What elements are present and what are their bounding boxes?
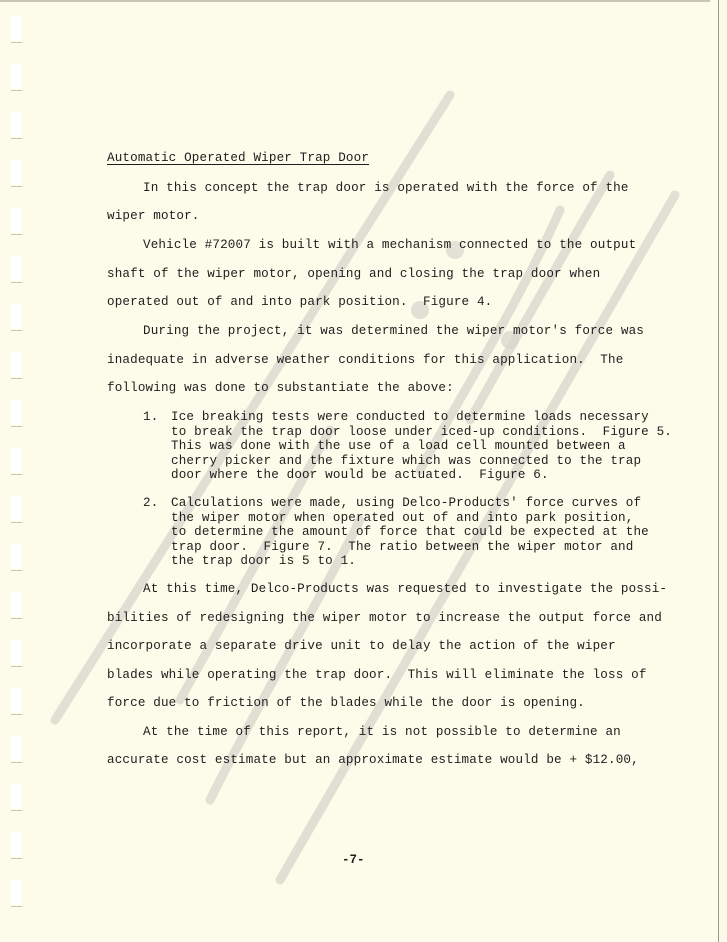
binder-hole bbox=[11, 352, 22, 377]
list-number: 2. bbox=[143, 496, 158, 510]
binder-hole bbox=[11, 736, 22, 761]
binder-hole bbox=[11, 256, 22, 281]
paragraph-line: force due to friction of the blades whil… bbox=[107, 696, 585, 710]
binder-hole bbox=[11, 640, 22, 665]
binder-hole bbox=[11, 496, 22, 521]
paragraph-line: wiper motor. bbox=[107, 209, 200, 223]
paragraph-line: shaft of the wiper motor, opening and cl… bbox=[107, 267, 600, 281]
binder-hole bbox=[11, 592, 22, 617]
binder-holes bbox=[0, 0, 30, 942]
paragraph-line: Vehicle #72007 is built with a mechanism… bbox=[143, 238, 636, 252]
binder-hole bbox=[11, 64, 22, 89]
binder-hole bbox=[11, 112, 22, 137]
binder-hole bbox=[11, 544, 22, 569]
paragraph-line: inadequate in adverse weather conditions… bbox=[107, 353, 623, 367]
paragraph-line: accurate cost estimate but an approximat… bbox=[107, 753, 639, 767]
page-top-edge bbox=[0, 0, 710, 2]
binder-hole bbox=[11, 208, 22, 233]
list-text: Calculations were made, using Delco-Prod… bbox=[171, 496, 671, 569]
binder-hole bbox=[11, 880, 22, 905]
binder-hole bbox=[11, 832, 22, 857]
paragraph-line: bilities of redesigning the wiper motor … bbox=[107, 611, 662, 625]
page-right-edge bbox=[718, 0, 727, 942]
binder-hole bbox=[11, 16, 22, 41]
page-number: -7- bbox=[342, 853, 365, 867]
paragraph-line: following was done to substantiate the a… bbox=[107, 381, 454, 395]
list-text: Ice breaking tests were conducted to det… bbox=[171, 410, 671, 483]
paragraph-line: During the project, it was determined th… bbox=[143, 324, 644, 338]
paragraph-line: operated out of and into park position. … bbox=[107, 295, 492, 309]
section-heading: Automatic Operated Wiper Trap Door bbox=[107, 151, 369, 165]
binder-hole bbox=[11, 688, 22, 713]
binder-hole bbox=[11, 304, 22, 329]
binder-hole bbox=[11, 784, 22, 809]
document-page: Automatic Operated Wiper Trap Door In th… bbox=[0, 0, 727, 942]
paragraph-line: At the time of this report, it is not po… bbox=[143, 725, 621, 739]
paragraph-line: In this concept the trap door is operate… bbox=[143, 181, 629, 195]
list-number: 1. bbox=[143, 410, 158, 424]
paragraph-line: incorporate a separate drive unit to del… bbox=[107, 639, 616, 653]
paragraph-line: At this time, Delco-Products was request… bbox=[143, 582, 667, 596]
binder-hole bbox=[11, 400, 22, 425]
binder-hole bbox=[11, 448, 22, 473]
paragraph-line: blades while operating the trap door. Th… bbox=[107, 668, 647, 682]
binder-hole bbox=[11, 160, 22, 185]
